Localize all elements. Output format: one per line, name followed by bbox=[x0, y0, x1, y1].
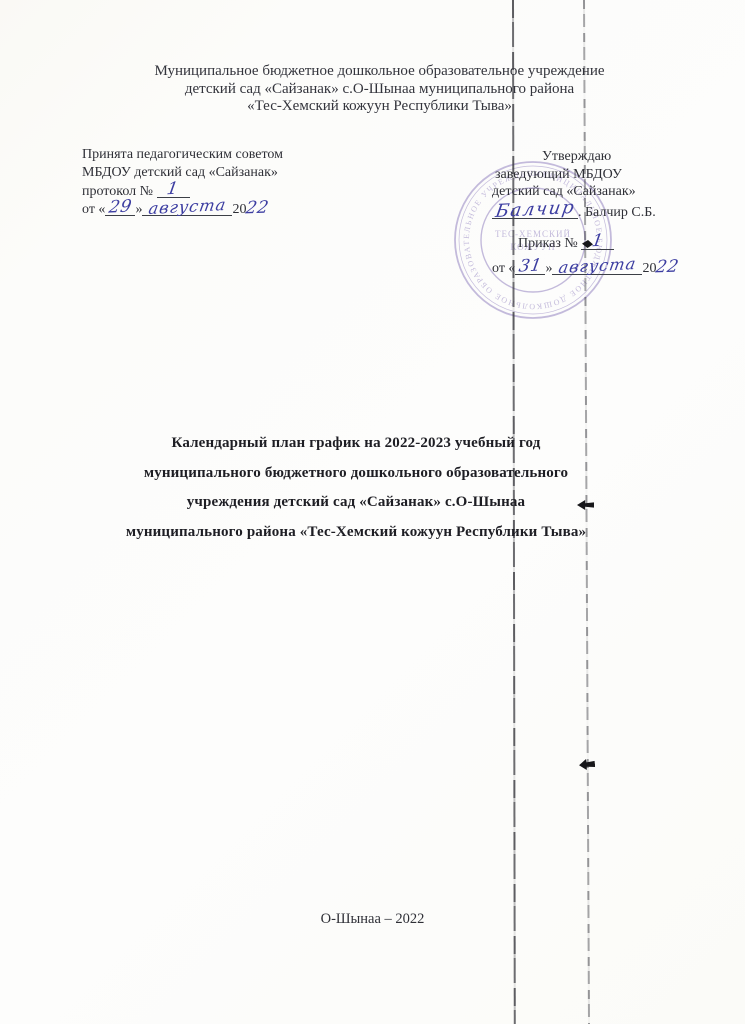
approved-order-line: Приказ № 1 bbox=[518, 235, 702, 253]
approved-year-handwritten: 22 bbox=[655, 261, 680, 274]
accepted-month-blank: августа bbox=[142, 202, 232, 216]
accepted-day-handwritten: 29 bbox=[108, 201, 133, 214]
accepted-date-line: от «29»августа2022 bbox=[82, 201, 382, 219]
approved-signature-line: Балчир. Балчир С.Б. bbox=[492, 204, 702, 222]
accepted-quote-close: » bbox=[135, 202, 142, 217]
signature-blank: Балчир bbox=[492, 204, 578, 219]
approved-line2: заведующий МБДОУ bbox=[495, 166, 702, 184]
approved-day-handwritten: 31 bbox=[518, 259, 543, 272]
accepted-line1: Принята педагогическим советом bbox=[82, 146, 382, 164]
institution-header-line3: «Тес-Хемский кожуун Республики Тыва» bbox=[14, 98, 745, 116]
protocol-number-handwritten: 1 bbox=[166, 183, 179, 196]
signature-dot: . bbox=[578, 205, 582, 220]
accepted-day-blank: 29 bbox=[105, 202, 135, 216]
document-title-line2: муниципального бюджетного дошкольного об… bbox=[0, 459, 712, 489]
document-title: Календарный план график на 2022-2023 уче… bbox=[0, 429, 712, 547]
document-title-line1: Календарный план график на 2022-2023 уче… bbox=[0, 429, 712, 459]
institution-header-line2: детский сад «Сайзанак» с.О-Шынаа муницип… bbox=[14, 81, 745, 99]
institution-header: Муниципальное бюджетное дошкольное образ… bbox=[0, 63, 745, 116]
approved-quote-close: » bbox=[545, 261, 552, 276]
approved-month-handwritten: августа bbox=[558, 258, 638, 274]
order-label: Приказ № bbox=[518, 236, 578, 251]
signature-handwritten: Балчир bbox=[494, 201, 576, 218]
accepted-date-from: от « bbox=[82, 202, 105, 217]
approved-line3: детский сад «Сайзанак» bbox=[492, 183, 702, 201]
approved-month-blank: августа bbox=[552, 261, 642, 275]
accepted-month-handwritten: августа bbox=[148, 199, 228, 215]
accepted-line2: МБДОУ детский сад «Сайзанак» bbox=[82, 164, 382, 182]
signature-name: Балчир С.Б. bbox=[585, 205, 656, 220]
document-title-line3: учреждения детский сад «Сайзанак» с.О-Шы… bbox=[0, 488, 712, 518]
protocol-number-blank: 1 bbox=[157, 184, 190, 198]
scanned-document-page: МУНИЦИПАЛЬНОЕ БЮДЖЕТНОЕ ДОШКОЛЬНОЕ ОБРАЗ… bbox=[0, 0, 745, 1024]
approved-day-blank: 31 bbox=[515, 261, 545, 275]
institution-header-line1: Муниципальное бюджетное дошкольное образ… bbox=[14, 63, 745, 81]
accepted-year-handwritten: 22 bbox=[245, 202, 270, 215]
approved-block: Утверждаю заведующий МБДОУ детский сад «… bbox=[492, 148, 702, 278]
document-title-line4: муниципального района «Тес-Хемский кожуу… bbox=[0, 518, 712, 548]
accepted-block: Принята педагогическим советом МБДОУ дет… bbox=[82, 146, 382, 220]
approved-line1: Утверждаю bbox=[542, 148, 702, 166]
order-number-handwritten: 1 bbox=[591, 235, 604, 248]
footer-place-year: О-Шынаа – 2022 bbox=[0, 911, 745, 928]
approved-date-from: от « bbox=[492, 261, 515, 276]
approved-date-line: от «31»августа2022 bbox=[492, 260, 702, 278]
